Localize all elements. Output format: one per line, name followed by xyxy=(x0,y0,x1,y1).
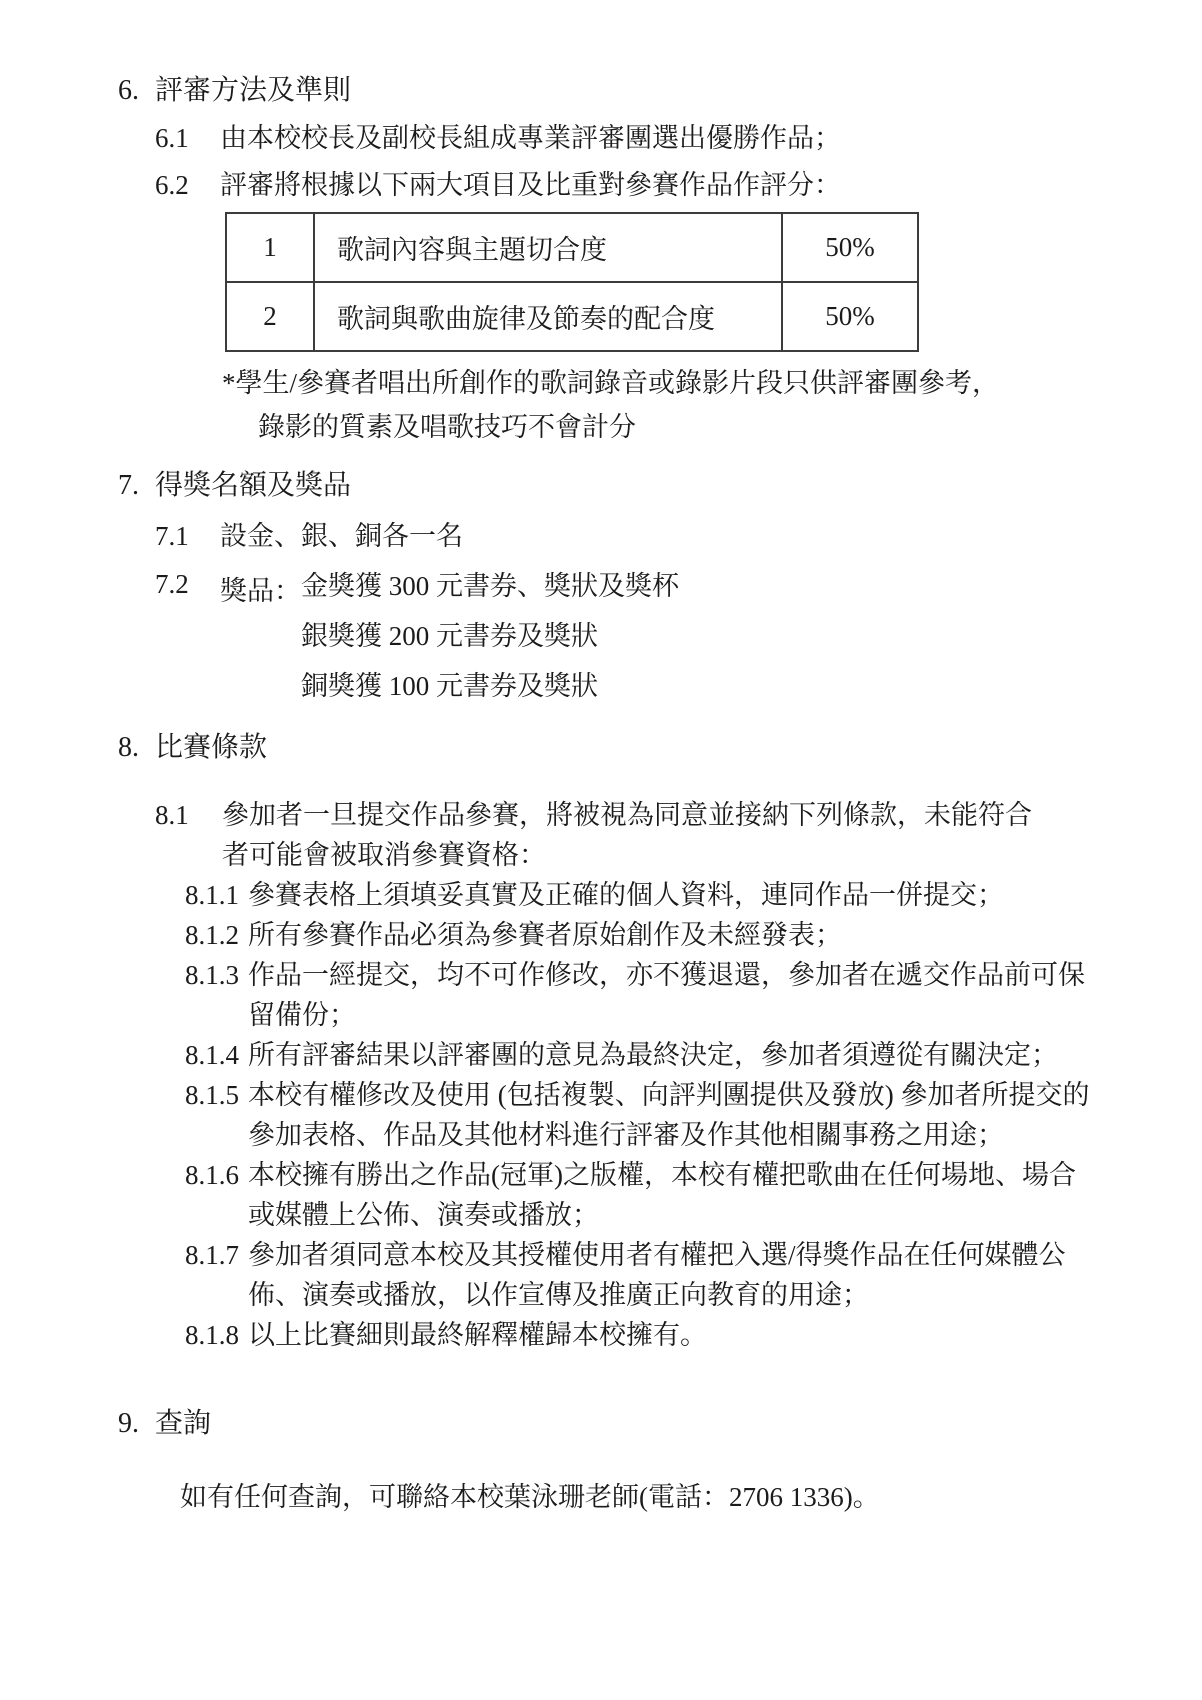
item-7-2-number: 7.2 xyxy=(155,569,220,711)
criterion-2-text: 歌詞與歌曲旋律及節奏的配合度 xyxy=(314,282,782,351)
clause-8-1-6-text: 本校擁有勝出之作品(冠軍)之版權，本校有權把歌曲在任何場地、場合或媒體上公佈、演… xyxy=(248,1155,1090,1235)
section-6-number: 6. xyxy=(118,74,155,108)
item-6-2-text: 評審將根據以下兩大項目及比重對參賽作品作評分： xyxy=(220,168,841,202)
clause-8-1-2: 8.1.2 所有參賽作品必須為參賽者原始創作及未經發表； xyxy=(185,915,1202,955)
prize-silver: 銀獎獲 200 元書券及獎狀 xyxy=(301,611,679,661)
table-row: 2 歌詞與歌曲旋律及節奏的配合度 50% xyxy=(226,282,918,351)
prize-gold: 金獎獲 300 元書券、獎狀及獎杯 xyxy=(301,569,679,603)
item-8-1-text: 參加者一旦提交作品參賽，將被視為同意並接納下列條款，未能符合者可能會被取消參賽資… xyxy=(222,795,1034,875)
clause-8-1-3-number: 8.1.3 xyxy=(185,955,248,1035)
item-6-1: 6.1 由本校校長及副校長組成專業評審團選出優勝作品； xyxy=(155,121,1202,155)
clause-8-1-8: 8.1.8 以上比賽細則最終解釋權歸本校擁有。 xyxy=(185,1315,1202,1355)
item-7-2: 7.2 獎品： 金獎獲 300 元書券、獎狀及獎杯 銀獎獲 200 元書券及獎狀… xyxy=(155,569,1202,711)
criterion-2-weight: 50% xyxy=(782,282,918,351)
clause-8-1-7-number: 8.1.7 xyxy=(185,1235,248,1315)
item-6-2: 6.2 評審將根據以下兩大項目及比重對參賽作品作評分： xyxy=(155,168,1202,202)
criterion-2-index: 2 xyxy=(226,282,314,351)
clause-8-1-4-number: 8.1.4 xyxy=(185,1035,248,1075)
criterion-1-weight: 50% xyxy=(782,213,918,282)
clause-8-1-5-text: 本校有權修改及使用 (包括複製、向評判團提供及發放) 參加者所提交的參加表格、作… xyxy=(248,1075,1090,1155)
clause-8-1-6-number: 8.1.6 xyxy=(185,1155,248,1235)
item-7-1: 7.1 設金、銀、銅各一名 xyxy=(155,519,1202,553)
criterion-1-index: 1 xyxy=(226,213,314,282)
item-6-1-text: 由本校校長及副校長組成專業評審團選出優勝作品； xyxy=(220,121,841,155)
section-8-number: 8. xyxy=(118,731,155,765)
clause-8-1-1: 8.1.1 參賽表格上須填妥真實及正確的個人資料，連同作品一併提交； xyxy=(185,875,1202,915)
clause-8-1-6: 8.1.6 本校擁有勝出之作品(冠軍)之版權，本校有權把歌曲在任何場地、場合或媒… xyxy=(185,1155,1202,1235)
section-7-heading: 7. 得獎名額及獎品 xyxy=(118,469,1202,503)
item-6-1-number: 6.1 xyxy=(155,121,220,155)
item-7-1-text: 設金、銀、銅各一名 xyxy=(220,519,463,553)
clause-8-1-8-number: 8.1.8 xyxy=(185,1315,248,1355)
clause-8-1-4-text: 所有評審結果以評審團的意見為最終決定，參加者須遵從有關決定； xyxy=(248,1035,1058,1075)
footnote-line-1: *學生/參賽者唱出所創作的歌詞錄音或錄影片段只供評審團參考， xyxy=(222,361,1102,405)
scoring-criteria-table: 1 歌詞內容與主題切合度 50% 2 歌詞與歌曲旋律及節奏的配合度 50% xyxy=(225,212,919,352)
clause-8-1-2-number: 8.1.2 xyxy=(185,915,248,955)
prize-label: 獎品： xyxy=(220,569,301,711)
clause-8-1-3: 8.1.3 作品一經提交，均不可作修改，亦不獲退還，參加者在遞交作品前可保留備份… xyxy=(185,955,1202,1035)
section-9-title: 查詢 xyxy=(155,1407,211,1441)
item-8-1: 8.1 參加者一旦提交作品參賽，將被視為同意並接納下列條款，未能符合者可能會被取… xyxy=(155,795,1202,875)
clause-8-1-7-text: 參加者須同意本校及其授權使用者有權把入選/得獎作品在任何媒體公佈、演奏或播放，以… xyxy=(248,1235,1090,1315)
contact-info: 如有任何查詢，可聯絡本校葉泳珊老師(電話：2706 1336)。 xyxy=(180,1479,1202,1515)
prize-bronze: 銅獎獲 100 元書券及獎狀 xyxy=(301,661,679,711)
item-8-1-number: 8.1 xyxy=(155,795,222,875)
clause-8-1-5: 8.1.5 本校有權修改及使用 (包括複製、向評判團提供及發放) 參加者所提交的… xyxy=(185,1075,1202,1155)
item-7-1-number: 7.1 xyxy=(155,519,220,553)
clause-8-1-5-number: 8.1.5 xyxy=(185,1075,248,1155)
clause-8-1-1-number: 8.1.1 xyxy=(185,875,248,915)
clause-8-1-3-text: 作品一經提交，均不可作修改，亦不獲退還，參加者在遞交作品前可保留備份； xyxy=(248,955,1090,1035)
section-6-title: 評審方法及準則 xyxy=(155,74,351,108)
clause-8-1-8-text: 以上比賽細則最終解釋權歸本校擁有。 xyxy=(248,1315,707,1355)
clause-8-1-2-text: 所有參賽作品必須為參賽者原始創作及未經發表； xyxy=(248,915,842,955)
footnote-line-2: 錄影的質素及唱歌技巧不會計分 xyxy=(258,405,1102,449)
item-6-2-number: 6.2 xyxy=(155,168,220,202)
table-row: 1 歌詞內容與主題切合度 50% xyxy=(226,213,918,282)
section-7-number: 7. xyxy=(118,469,155,503)
criterion-1-text: 歌詞內容與主題切合度 xyxy=(314,213,782,282)
clause-8-1-7: 8.1.7 參加者須同意本校及其授權使用者有權把入選/得獎作品在任何媒體公佈、演… xyxy=(185,1235,1202,1315)
table-footnote: *學生/參賽者唱出所創作的歌詞錄音或錄影片段只供評審團參考， 錄影的質素及唱歌技… xyxy=(222,361,1102,449)
section-9-heading: 9. 查詢 xyxy=(118,1407,1202,1441)
section-6-heading: 6. 評審方法及準則 xyxy=(118,74,1202,108)
document-page: 6. 評審方法及準則 6.1 由本校校長及副校長組成專業評審團選出優勝作品； 6… xyxy=(0,0,1202,1700)
section-7-title: 得獎名額及獎品 xyxy=(155,469,351,503)
section-9-number: 9. xyxy=(118,1407,155,1441)
clause-8-1-4: 8.1.4 所有評審結果以評審團的意見為最終決定，參加者須遵從有關決定； xyxy=(185,1035,1202,1075)
section-8-heading: 8. 比賽條款 xyxy=(118,731,1202,765)
prize-list: 金獎獲 300 元書券、獎狀及獎杯 銀獎獲 200 元書券及獎狀 銅獎獲 100… xyxy=(301,569,679,711)
section-8-title: 比賽條款 xyxy=(155,731,267,765)
clause-8-1-1-text: 參賽表格上須填妥真實及正確的個人資料，連同作品一併提交； xyxy=(248,875,1004,915)
